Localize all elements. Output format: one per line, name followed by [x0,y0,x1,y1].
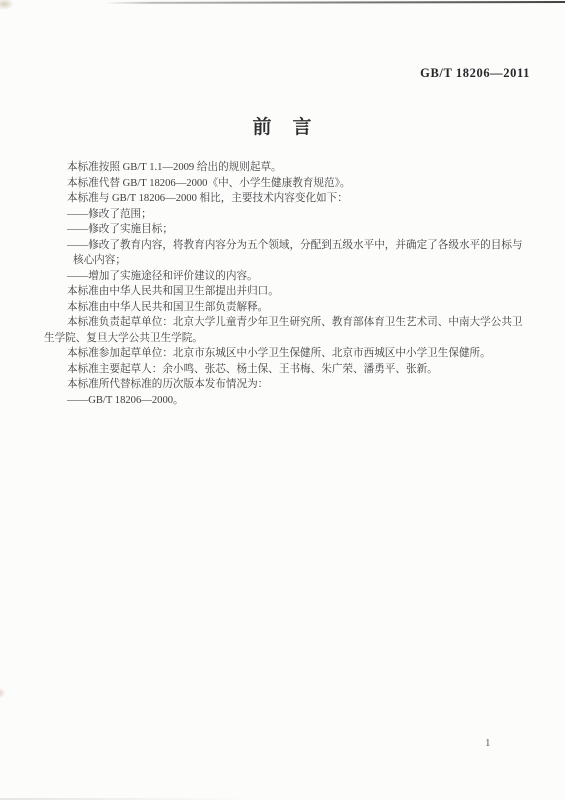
page-number: 1 [485,737,491,749]
document-page: GB/T 18206—2011 前 言 本标准按照 GB/T 1.1—2009 … [0,0,565,800]
scan-corner-smudge [0,0,14,10]
body-line: ——增加了实施途径和评价建议的内容。 [44,269,524,285]
body-line: 本标准参加起草单位：北京市东城区中小学卫生保健所、北京市西城区中小学卫生保健所。 [44,346,524,362]
body-line: 本标准与 GB/T 18206—2000 相比，主要技术内容变化如下： [44,191,524,207]
body-line: 本标准代替 GB/T 18206—2000《中、小学生健康教育规范》。 [44,176,524,192]
body-line: 本标准主要起草人：余小鸣、张芯、杨土保、王书梅、朱广荣、潘勇平、张新。 [44,362,524,378]
body-line: 核心内容； [44,253,524,269]
body-line: 本标准负责起草单位：北京大学儿童青少年卫生研究所、教育部体育卫生艺术司、中南大学… [44,315,524,331]
standard-number: GB/T 18206—2011 [420,66,530,81]
scan-top-edge-artifact [105,1,565,4]
body-line: 本标准由中华人民共和国卫生部提出并归口。 [44,284,524,300]
body-line: ——修改了教育内容，将教育内容分为五个领域，分配到五级水平中，并确定了各级水平的… [44,238,524,254]
body-line: 生学院、复旦大学公共卫生学院。 [44,331,524,347]
body-line: ——修改了实施目标； [44,222,524,238]
body-line: 本标准按照 GB/T 1.1—2009 给出的规则起草。 [44,160,524,176]
scan-left-smudge [0,688,5,698]
body-line: 本标准所代替标准的历次版本发布情况为： [44,377,524,393]
foreword-body: 本标准按照 GB/T 1.1—2009 给出的规则起草。本标准代替 GB/T 1… [44,160,524,408]
body-line: 本标准由中华人民共和国卫生部负责解释。 [44,300,524,316]
body-line: ——修改了范围； [44,207,524,223]
body-line: ——GB/T 18206—2000。 [44,393,524,409]
page-title: 前 言 [0,112,565,139]
